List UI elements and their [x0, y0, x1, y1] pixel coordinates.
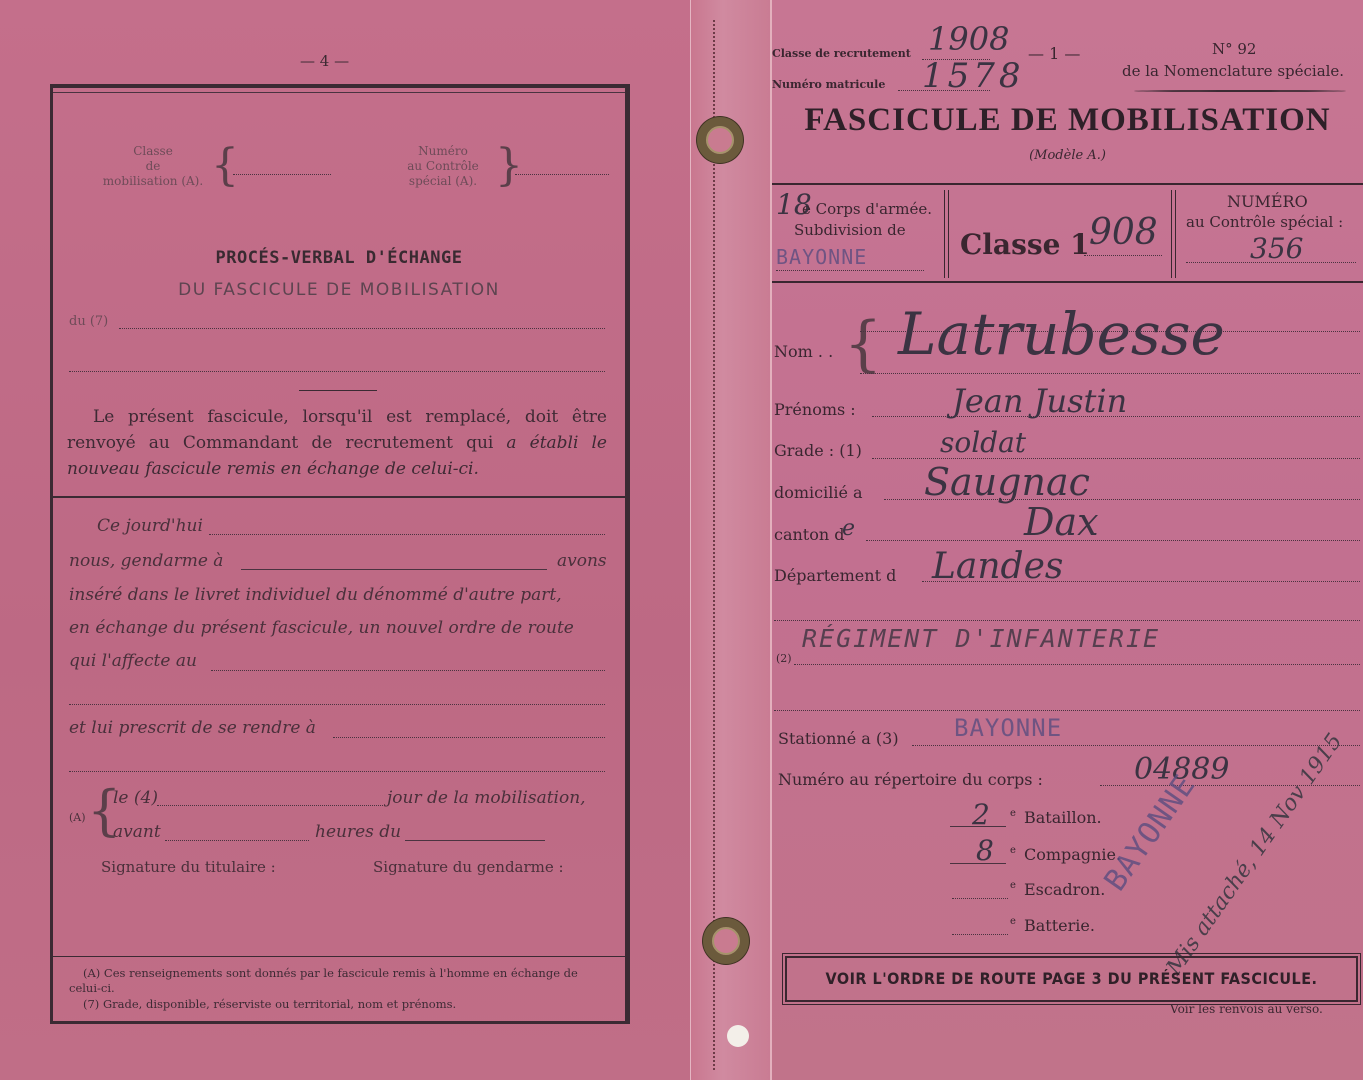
left-page: — 4 — Classe de mobilisation (A). { Numé…	[0, 0, 700, 1080]
page-number: — 4 —	[300, 52, 349, 70]
exchange-form-frame: Classe de mobilisation (A). { Numéro au …	[50, 84, 630, 1024]
nomenclature-label: de la Nomenclature spéciale.	[1122, 62, 1344, 80]
modele-text: (Modèle A.)	[1029, 148, 1106, 163]
grommet-icon	[703, 918, 749, 964]
canton-field[interactable]	[866, 540, 1360, 541]
regiment-stamp: RÉGIMENT D'INFANTERIE	[802, 624, 1160, 653]
punch-hole-icon	[727, 1025, 749, 1047]
replacement-paragraph: Le présent fascicule, lorsqu'il est remp…	[67, 404, 607, 482]
nom-label: Nom . .	[774, 342, 833, 361]
numero-controle-field[interactable]	[515, 174, 609, 175]
subdivision-label: Subdivision de	[794, 221, 906, 239]
avant-field[interactable]	[165, 840, 309, 841]
prenoms-label: Prénoms :	[774, 400, 856, 419]
corps-label: e Corps d'armée.	[802, 200, 932, 218]
regiment-field-line-3[interactable]	[774, 710, 1360, 711]
compagnie-value: 8	[976, 834, 994, 867]
gendarme-label: nous, gendarme à	[69, 551, 223, 571]
domicile-label: domicilié a	[774, 483, 863, 502]
brace-icon: {	[844, 314, 882, 374]
prescrit-label: et lui prescrit de se rendre à	[69, 718, 316, 738]
compagnie-label: Compagnie.	[1024, 845, 1121, 864]
avant-label: avant	[113, 822, 161, 842]
escadron-field[interactable]	[952, 898, 1008, 899]
grade-label: Grade : (1)	[774, 441, 862, 460]
unit-suffix: e	[1010, 916, 1016, 927]
insere-text: inséré dans le livret individuel du déno…	[69, 585, 562, 605]
bataillon-label: Bataillon.	[1024, 808, 1102, 827]
classe-label: Classe 1	[960, 228, 1090, 261]
bataillon-value: 2	[972, 798, 990, 831]
nomenclature-number: N° 92	[1212, 40, 1256, 58]
unit-suffix: e	[1010, 880, 1016, 891]
grommet-icon	[697, 117, 743, 163]
ce-jour-label: Ce jourd'hui	[97, 516, 203, 536]
regiment-field-line-1[interactable]	[774, 620, 1360, 621]
stationne-field[interactable]	[912, 745, 1360, 746]
ce-jour-field[interactable]	[209, 534, 605, 535]
du-field-line-2[interactable]	[69, 371, 605, 372]
classe-recrutement-label: Classe de recrutement	[772, 47, 911, 60]
classe-value: 908	[1089, 212, 1158, 253]
cell-divider	[944, 190, 949, 278]
stationne-label: Stationné a (3)	[778, 729, 899, 748]
signature-gendarme-label: Signature du gendarme :	[373, 858, 564, 876]
affecte-field[interactable]	[211, 670, 605, 671]
le-label: le (4)	[113, 788, 158, 808]
fascicule-title: FASCICULE DE MOBILISATION	[772, 102, 1363, 139]
classe-mobilisation-field[interactable]	[233, 174, 331, 175]
brace-icon: {	[495, 144, 523, 188]
page-number: — 1 —	[1028, 44, 1080, 63]
right-page: Classe de recrutement 1908 Numéro matric…	[772, 0, 1363, 1080]
domicile-value: Saugnac	[924, 460, 1090, 504]
le-field[interactable]	[157, 805, 383, 806]
modele-label: (Modèle A.)	[772, 148, 1363, 163]
du-label: du (7)	[69, 314, 108, 329]
numero-matricule-label: Numéro matricule	[772, 78, 885, 91]
brace-note: (A)	[69, 811, 86, 824]
unit-suffix: e	[1010, 808, 1016, 819]
brace-icon: {	[211, 144, 239, 188]
proces-verbal-title: PROCÉS-VERBAL D'ÉCHANGE	[53, 248, 625, 268]
proces-verbal-subtitle: DU FASCICULE DE MOBILISATION	[53, 280, 625, 300]
gendarme-field[interactable]	[241, 569, 547, 570]
escadron-label: Escadron.	[1024, 880, 1105, 899]
classe-mobilisation-label: Classe de mobilisation (A).	[83, 144, 223, 189]
footnote-a: (A) Ces renseignements sont donnés par l…	[69, 966, 609, 996]
nom-field-line-2[interactable]	[860, 373, 1360, 374]
footnote-7: (7) Grade, disponible, réserviste ou ter…	[83, 997, 609, 1012]
repertoire-label: Numéro au répertoire du corps :	[778, 770, 1043, 789]
affecte-label: qui l'affecte au	[69, 651, 197, 671]
heures-field[interactable]	[405, 840, 545, 841]
canton-label: canton d	[774, 525, 845, 544]
du-field-line-1[interactable]	[119, 328, 605, 329]
subdivision-stamp: BAYONNE	[776, 245, 867, 269]
avons-label: avons	[557, 551, 607, 571]
nom-value: Latrubesse	[898, 300, 1225, 368]
departement-label: Département d	[774, 566, 896, 585]
departement-value: Landes	[932, 546, 1063, 587]
stationne-stamp: BAYONNE	[954, 714, 1062, 742]
batterie-field[interactable]	[952, 934, 1008, 935]
regiment-field-line-2[interactable]	[794, 664, 1360, 665]
unit-suffix: e	[1010, 845, 1016, 856]
stitching	[713, 20, 715, 1070]
controle-special-label: au Contrôle spécial :	[1186, 213, 1343, 231]
section-divider	[53, 496, 625, 498]
classe-recrutement-value: 1908	[928, 20, 1009, 58]
subdivision-field[interactable]	[776, 270, 924, 271]
footnote-divider	[53, 956, 625, 957]
ornament-divider	[1134, 90, 1346, 92]
cell-divider	[1171, 190, 1176, 278]
numero-label: NUMÉRO	[1227, 192, 1308, 211]
numero-controle-value: 356	[1250, 232, 1303, 265]
numero-controle-field[interactable]	[1186, 262, 1356, 263]
grade-value: soldat	[940, 426, 1026, 459]
numero-matricule-value: 1578	[922, 56, 1025, 96]
verso-note: Voir les renvois au verso.	[1170, 1002, 1323, 1016]
regiment-note: (2)	[776, 652, 792, 665]
echange-text: en échange du présent fascicule, un nouv…	[69, 618, 574, 638]
classe-field[interactable]	[1084, 255, 1162, 256]
prenoms-value: Jean Justin	[952, 382, 1127, 420]
heures-label: heures du	[315, 822, 401, 842]
affecte-field-line-2[interactable]	[69, 704, 605, 705]
signature-titulaire-label: Signature du titulaire :	[101, 858, 276, 876]
batterie-label: Batterie.	[1024, 916, 1095, 935]
frame-divider	[53, 92, 625, 93]
prescrit-field-line-2[interactable]	[69, 771, 605, 772]
bayonne-rotated-stamp: BAYONNE	[1098, 768, 1203, 897]
canton-value: Dax	[1024, 500, 1099, 544]
jour-label: jour de la mobilisation,	[387, 788, 586, 808]
short-divider	[299, 390, 377, 391]
canton-suffix: e	[842, 516, 855, 541]
route-notice-box: VOIR L'ORDRE DE ROUTE PAGE 3 DU PRÉSENT …	[785, 956, 1358, 1002]
prescrit-field[interactable]	[333, 737, 605, 738]
numero-controle-label: Numéro au Contrôle spécial (A).	[373, 144, 513, 189]
